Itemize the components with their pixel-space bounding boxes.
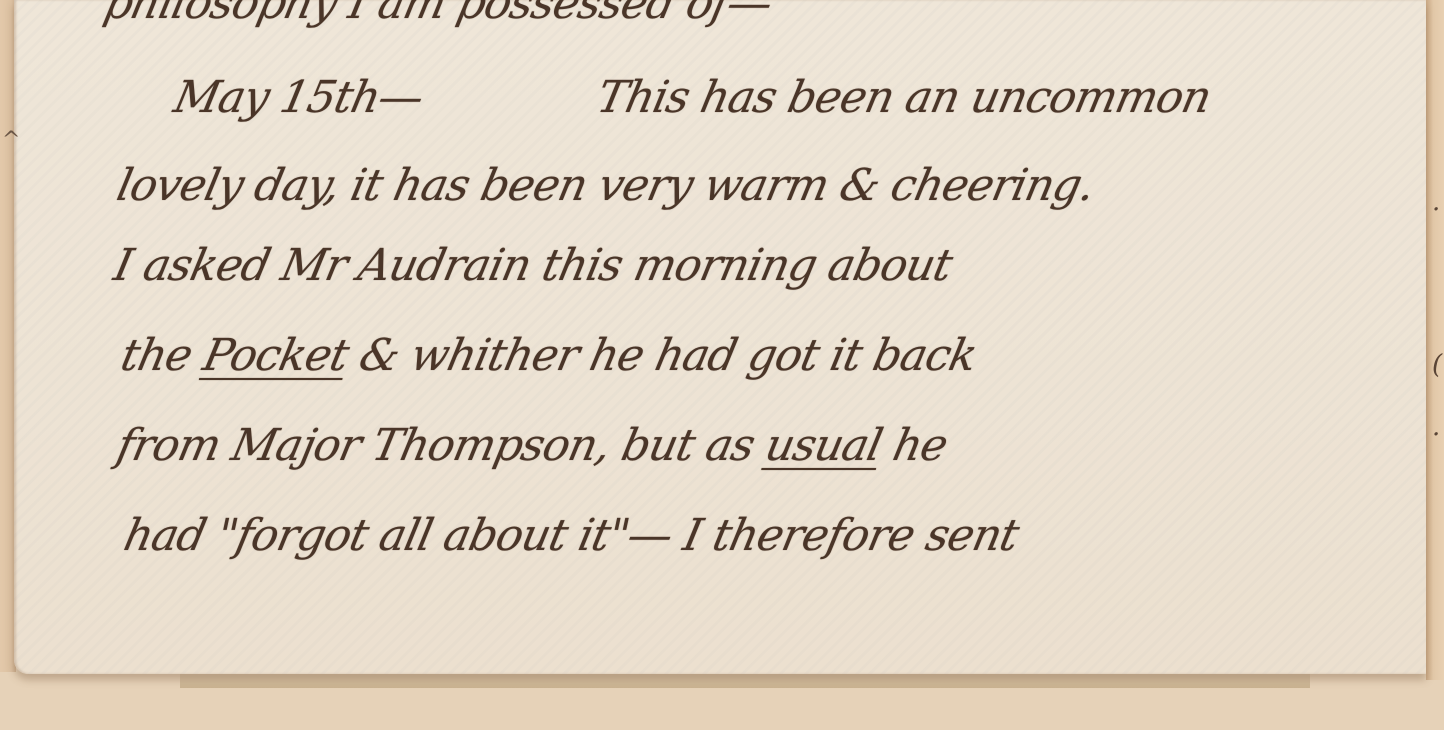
underlined-word: usual <box>761 420 886 471</box>
handwritten-line: I asked Mr Audrain this morning about <box>110 240 957 291</box>
handwritten-line: lovely day, it has been very warm & chee… <box>113 160 1099 211</box>
line-text: had "forgot all about it"— I therefore s… <box>120 510 1023 561</box>
margin-caret-mark: ^ <box>2 128 20 153</box>
handwritten-line: from Major Thompson, but as usual he <box>113 420 952 471</box>
right-edge-mark: ( <box>1432 350 1442 380</box>
line-text: This has been an uncommon <box>593 72 1216 123</box>
line-text: lovely day, it has been very warm & chee… <box>113 160 1099 211</box>
line-text: he <box>876 420 952 471</box>
handwritten-line: philosophy I am possessed of— <box>100 0 777 29</box>
underlined-word: Pocket <box>199 330 353 381</box>
page-underlayer <box>180 672 1310 688</box>
right-edge-mark: · <box>1432 420 1440 450</box>
line-text: & whither he had got it back <box>342 330 981 381</box>
line-text: I asked Mr Audrain this morning about <box>110 240 957 291</box>
handwritten-line: the Pocket & whither he had got it back <box>117 330 981 381</box>
entry-date: May 15th— <box>170 72 428 123</box>
line-text: from Major Thompson, but as <box>113 420 772 471</box>
right-page-edge <box>1426 0 1444 680</box>
right-edge-mark: · <box>1432 195 1440 225</box>
line-text: the <box>117 330 210 381</box>
handwritten-line: May 15th— This has been an uncommon <box>170 72 1216 123</box>
handwritten-line: had "forgot all about it"— I therefore s… <box>120 510 1023 561</box>
line-text: philosophy I am possessed of— <box>100 0 777 29</box>
